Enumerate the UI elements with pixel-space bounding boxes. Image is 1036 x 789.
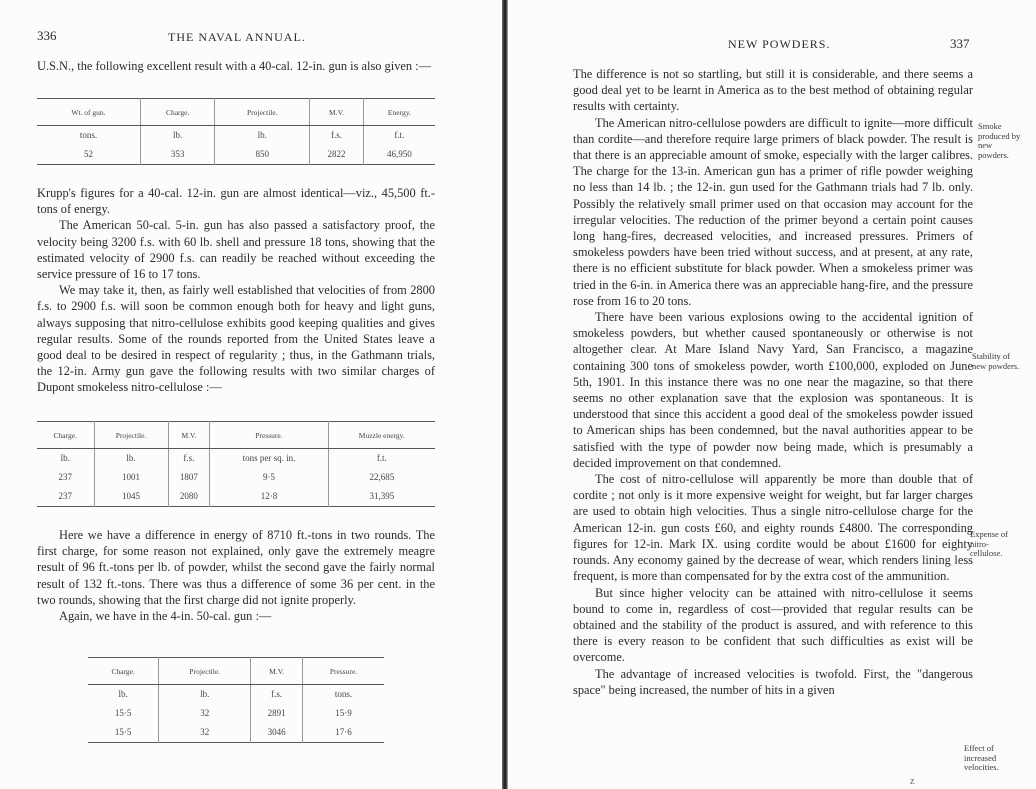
- running-head: NEW POWDERS.: [728, 37, 830, 52]
- cell: 31,395: [328, 487, 435, 507]
- cell: 15·5: [88, 723, 159, 743]
- units-row: tons. lb. lb. f.s. f.t.: [37, 126, 435, 146]
- cell: 237: [37, 468, 94, 487]
- column-header: M.V.: [310, 99, 364, 126]
- unit-cell: tons.: [37, 126, 140, 146]
- paragraph: The difference is not so startling, but …: [573, 66, 973, 115]
- side-note-stability: Stability of new powders.: [972, 352, 1022, 371]
- unit-cell: f.s.: [168, 449, 210, 469]
- cell: 2822: [310, 145, 364, 165]
- paragraph: The American nitro-cellulose powders are…: [573, 115, 973, 309]
- unit-cell: lb.: [140, 126, 214, 146]
- body-text: The difference is not so startling, but …: [573, 66, 973, 698]
- cell: 1807: [168, 468, 210, 487]
- cell: 32: [159, 704, 251, 723]
- side-note-expense: Expense of nitro-cellulose.: [970, 530, 1020, 559]
- units-row: lb. lb. f.s. tons per sq. in. f.t.: [37, 449, 435, 469]
- table-row: 15·5 32 2891 15·9: [88, 704, 384, 723]
- cell: 46,950: [363, 145, 435, 165]
- cell: 17·6: [303, 723, 384, 743]
- table-row: 15·5 32 3046 17·6: [88, 723, 384, 743]
- column-header: Wt. of gun.: [37, 99, 140, 126]
- cell: 15·9: [303, 704, 384, 723]
- cell: 850: [215, 145, 310, 165]
- cell: 1001: [94, 468, 168, 487]
- running-head: THE NAVAL ANNUAL.: [168, 30, 306, 45]
- column-header: M.V.: [168, 422, 210, 449]
- column-header: Pressure.: [210, 422, 328, 449]
- cell: 12·8: [210, 487, 328, 507]
- table-12in-gun: Wt. of gun. Charge. Projectile. M.V. Ene…: [37, 98, 435, 165]
- cell: 9·5: [210, 468, 328, 487]
- side-note-smoke: Smoke produced by new powders.: [978, 122, 1024, 160]
- column-header: Projectile.: [159, 658, 251, 685]
- cell: 3046: [251, 723, 303, 743]
- unit-cell: tons.: [303, 685, 384, 705]
- unit-cell: tons per sq. in.: [210, 449, 328, 469]
- unit-cell: lb.: [37, 449, 94, 469]
- unit-cell: lb.: [215, 126, 310, 146]
- unit-cell: f.s.: [251, 685, 303, 705]
- paragraph: Again, we have in the 4-in. 50-cal. gun …: [37, 608, 435, 624]
- unit-cell: lb.: [94, 449, 168, 469]
- column-header: Charge.: [37, 422, 94, 449]
- cell: 15·5: [88, 704, 159, 723]
- page-number: 337: [950, 36, 970, 52]
- column-header: Charge.: [140, 99, 214, 126]
- side-note-velocities: Effect of increased velocities.: [964, 744, 1020, 773]
- paragraph: Here we have a difference in energy of 8…: [37, 527, 435, 608]
- cell: 22,685: [328, 468, 435, 487]
- units-row: lb. lb. f.s. tons.: [88, 685, 384, 705]
- paragraph: Krupp's figures for a 40-cal. 12-in. gun…: [37, 185, 435, 217]
- column-header: M.V.: [251, 658, 303, 685]
- page-number: 336: [37, 28, 57, 44]
- paragraph: The cost of nitro-cellulose will apparen…: [573, 471, 973, 584]
- column-header: Pressure.: [303, 658, 384, 685]
- column-header: Energy.: [363, 99, 435, 126]
- unit-cell: lb.: [159, 685, 251, 705]
- cell: 1045: [94, 487, 168, 507]
- column-header: Muzzle energy.: [328, 422, 435, 449]
- right-page: NEW POWDERS. 337 The difference is not s…: [508, 0, 1036, 789]
- cell: 2891: [251, 704, 303, 723]
- paragraph: The advantage of increased velocities is…: [573, 666, 973, 698]
- intro-text: U.S.N., the following excellent result w…: [37, 58, 435, 74]
- paragraph: But since higher velocity can be attaine…: [573, 585, 973, 666]
- unit-cell: f.t.: [363, 126, 435, 146]
- paragraph: We may take it, then, as fairly well est…: [37, 282, 435, 395]
- table-row: 52 353 850 2822 46,950: [37, 145, 435, 165]
- table-gathmann-trials: Charge. Projectile. M.V. Pressure. Muzzl…: [37, 421, 435, 507]
- signature-mark: z: [910, 776, 914, 787]
- column-header: Projectile.: [215, 99, 310, 126]
- cell: 32: [159, 723, 251, 743]
- unit-cell: f.s.: [310, 126, 364, 146]
- column-header: Charge.: [88, 658, 159, 685]
- paragraph: U.S.N., the following excellent result w…: [37, 58, 435, 74]
- body-text-1: Krupp's figures for a 40-cal. 12-in. gun…: [37, 185, 435, 396]
- cell: 237: [37, 487, 94, 507]
- paragraph: There have been various explosions owing…: [573, 309, 973, 471]
- cell: 353: [140, 145, 214, 165]
- left-page: 336 THE NAVAL ANNUAL. U.S.N., the follow…: [0, 0, 503, 789]
- body-text-2: Here we have a difference in energy of 8…: [37, 527, 435, 624]
- unit-cell: lb.: [88, 685, 159, 705]
- cell: 2080: [168, 487, 210, 507]
- table-4in-gun: Charge. Projectile. M.V. Pressure. lb. l…: [88, 657, 384, 743]
- table-row: 237 1045 2080 12·8 31,395: [37, 487, 435, 507]
- cell: 52: [37, 145, 140, 165]
- table-row: 237 1001 1807 9·5 22,685: [37, 468, 435, 487]
- column-header: Projectile.: [94, 422, 168, 449]
- paragraph: The American 50-cal. 5-in. gun has also …: [37, 217, 435, 282]
- unit-cell: f.t.: [328, 449, 435, 469]
